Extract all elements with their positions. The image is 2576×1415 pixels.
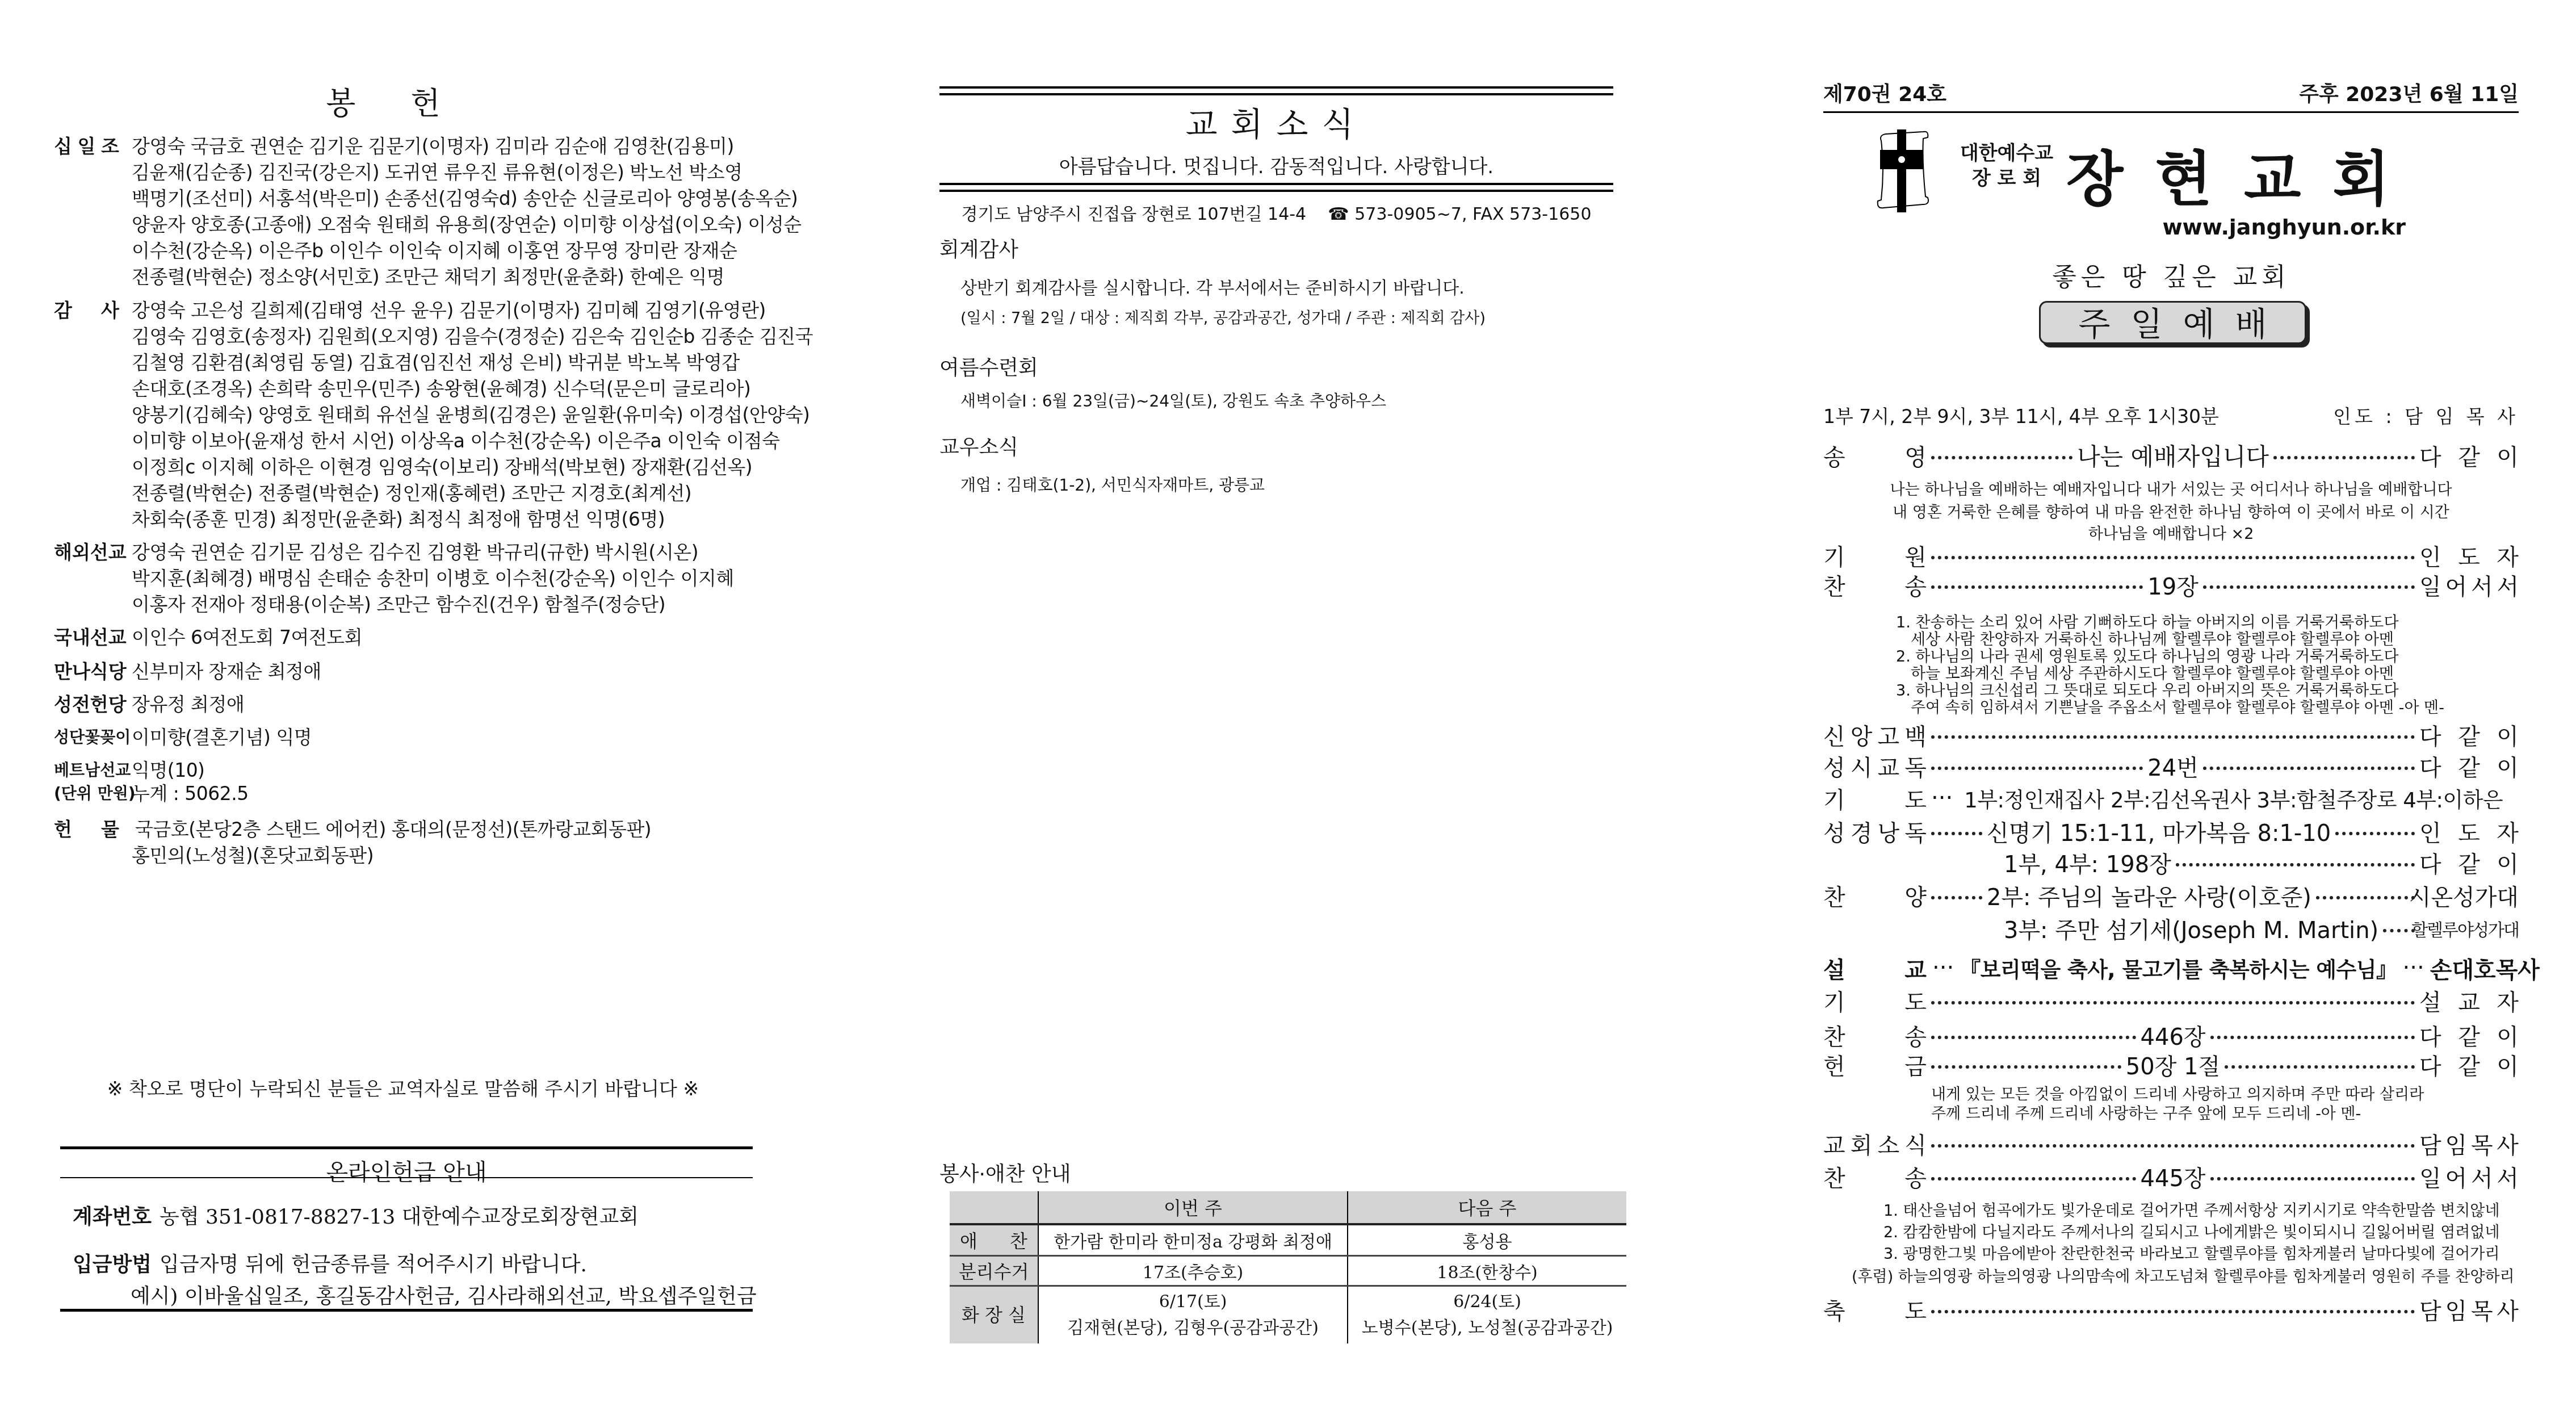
offering-title: 봉 헌 <box>318 79 471 123</box>
worship-item-sermon: 설교 ··· 『보리떡을 축사, 물고기를 축복하시는 예수님』 ··· 손대호… <box>1823 953 2519 983</box>
news-heading-summer-retreat: 여름수련회 <box>939 352 1038 381</box>
label-temple-dedication: 성전헌당 <box>54 692 119 718</box>
offering-lyric: 주께 드리네 주께 드리네 사랑하는 구주 앞에 모두 드리네 -아 멘- <box>1931 1101 2361 1123</box>
double-rule <box>939 183 1613 192</box>
overseas-line: 박지훈(최혜경) 배명심 손태순 송찬미 이병호 이수천(강순옥) 이인수 이지… <box>132 566 734 592</box>
service-times: 1부 7시, 2부 9시, 3부 11시, 4부 오후 1시30분 <box>1823 402 2219 429</box>
dot-leader <box>1931 896 1982 899</box>
thanks-line: 김철영 김환겸(최영림 동열) 김효겸(임진선 재성 은비) 박귀분 박노복 박… <box>132 350 740 376</box>
label-tithe: 십일조 <box>54 133 119 160</box>
dot-leader <box>1931 832 1982 835</box>
dot-leader <box>1931 456 2072 459</box>
issue-number: 제70권 24호 <box>1823 78 1946 107</box>
hymn-lyric: 1. 태산을넘어 험곡에가도 빛가운데로 걸어가면 주께서항상 지키시기로 약속… <box>1883 1198 2500 1220</box>
account-label: 계좌번호 <box>73 1205 152 1229</box>
column-next-week: 다음 주 <box>1348 1191 1626 1224</box>
thanks-line: 차회숙(종훈 민경) 최정만(윤춘화) 최정식 최정애 함명선 익명(6명) <box>132 506 665 533</box>
overseas-line: 이홍자 전재아 정태용(이순복) 조만근 함수진(건우) 함철주(정승단) <box>132 592 665 618</box>
account-number[interactable]: 농협 351-0817-8827-13 대한예수교장로회장현교회 <box>160 1205 639 1229</box>
hymn-lyric: (후렴) 하늘의영광 하늘의영광 나의맘속에 차고도넘쳐 할렐루야를 힘차게불러… <box>1852 1264 2515 1286</box>
dot-leader <box>2203 585 2415 589</box>
double-rule <box>939 86 1613 95</box>
example-text: 예시) 이바울십일조, 홍길동감사헌금, 김사라해외선교, 박요셉주일헌금 <box>131 1280 757 1309</box>
divider <box>60 1177 753 1178</box>
service-title-box: 주일예배 <box>2039 301 2306 344</box>
news-subtitle: 아름답습니다. 멋집니다. 감동적입니다. 사랑합니다. <box>939 151 1613 179</box>
dot-leader <box>1931 1065 2121 1069</box>
dot-leader <box>2273 456 2415 459</box>
cell-this-week: 6/17(토) 김재현(본당), 김형우(공감과공간) <box>1038 1286 1348 1344</box>
worship-item-doxology: 송영 나는 예배자입니다 다같이 <box>1823 441 2519 470</box>
dot-leader <box>2225 1065 2415 1069</box>
thanks-line: 이정희c 이지혜 이하은 이현경 임영숙(이보리) 장배석(박보현) 장재환(김… <box>132 454 752 480</box>
dot-leader <box>1931 1177 2136 1180</box>
hymn-lyric: 2. 캄캄한밤에 다닐지라도 주께서나의 길되시고 나에게밝은 빛이되시니 길잃… <box>1883 1220 2500 1242</box>
dot-leader <box>1931 585 2143 589</box>
service-duty-table: 이번 주 다음 주 애찬 한가람 한미라 한미정a 강평화 최정애 홍성용 분리… <box>950 1191 1626 1343</box>
worship-item-responsive-reading: 성시교독 24번 다같이 <box>1823 751 2519 781</box>
dot-leader <box>1931 767 2143 770</box>
dot-leader <box>2176 863 2415 866</box>
worship-item-announcements: 교회소식 담임목사 <box>1823 1129 2519 1158</box>
church-name: 장현교회 <box>2066 132 2430 217</box>
table-corner <box>950 1191 1038 1224</box>
column-this-week: 이번 주 <box>1038 1191 1348 1224</box>
worship-item-hymn: 찬송 19장 일어서서 <box>1823 570 2519 600</box>
tithe-line: 전종렬(박현순) 정소양(서민호) 조만근 채덕기 최정만(윤춘화) 한예은 익… <box>132 264 724 290</box>
label-thanksgiving: 감사 <box>54 298 119 324</box>
vietnam-line: 익명(10) <box>132 757 205 784</box>
dot-leader <box>2335 832 2415 835</box>
vietnam-total: 누계 : 5062.5 <box>132 781 249 807</box>
divider <box>60 1309 753 1312</box>
news-heading-audit: 회계감사 <box>939 234 1018 263</box>
thanks-line: 손대호(조경옥) 손희락 송민우(민주) 송왕현(윤혜경) 신수덕(문은미 글로… <box>132 376 750 402</box>
thanks-line: 이미향 이보아(윤재성 한서 시언) 이상옥a 이수천(강순옥) 이은주a 이인… <box>132 428 780 454</box>
thanks-line: 양봉기(김혜숙) 양영호 원태희 유선실 윤병희(김경은) 윤일환(유미숙) 이… <box>132 402 809 428</box>
tithe-line: 김윤재(김순종) 김진국(강은지) 도귀연 류우진 류유현(이정은) 박노선 박… <box>132 160 742 186</box>
lyric-line: 내 영혼 거룩한 은혜를 향하여 내 마음 완전한 하나님 향하여 이 곳에서 … <box>1823 500 2519 522</box>
worship-item-hymn-445: 찬송 445장 일어서서 <box>1823 1162 2519 1191</box>
cell-next-week: 홍성용 <box>1348 1224 1626 1256</box>
row-label-restroom: 화 장 실 <box>950 1286 1038 1344</box>
worship-item-prayer: 기도 ··· 1부:정인재집사 2부:김선옥권사 3부:함철주장로 4부:이하은 <box>1823 784 2519 813</box>
label-domestic-mission: 국내선교 <box>54 625 119 651</box>
news-title: 교회소식 <box>939 98 1613 145</box>
worship-item-creed: 신앙고백 다같이 <box>1823 720 2519 750</box>
service-duty-title: 봉사·애찬 안내 <box>939 1158 1071 1187</box>
dot-leader <box>2210 1177 2415 1180</box>
dot-leader <box>1931 1036 2136 1039</box>
thanks-line: 김영숙 김영호(송정자) 김원희(오지영) 김을수(경정순) 김은숙 김인순b … <box>132 324 813 350</box>
church-address-line: 경기도 남양주시 진접읍 장현로 107번길 14-4 ☎ 573-0905~7… <box>939 200 1613 225</box>
news-body: 개업 : 김태호(1-2), 서민식자재마트, 광릉교 <box>960 473 1265 496</box>
church-website-link[interactable]: www.janghyun.or.kr <box>2163 215 2406 240</box>
dot-leader <box>2210 1036 2415 1039</box>
gifts-line: 국금호(본당2층 스탠드 에어컨) 홍대의(문정선)(톤까랑교회동판) <box>135 817 651 843</box>
hymn-lyric: 3. 광명한그빛 마음에받아 찬란한천국 바라보고 할렐루야를 힘차게불러 날마… <box>1883 1241 2500 1263</box>
label-gifts: 헌물 <box>54 817 119 843</box>
label-manna-cafeteria: 만나식당 <box>54 659 119 685</box>
dot-leader <box>1931 1001 2415 1004</box>
thanks-line: 강영숙 고은성 길희제(김태영 선우 윤우) 김문기(이명자) 김미혜 김영기(… <box>132 298 766 324</box>
overseas-line: 강영숙 권연순 김기문 김성은 김수진 김영환 박규리(규한) 박시원(시온) <box>132 539 698 566</box>
worship-item-benediction: 축도 담임목사 <box>1823 1295 2519 1324</box>
address: 경기도 남양주시 진접읍 장현로 107번길 14-4 <box>961 204 1306 224</box>
cell-next-week: 18조(한창수) <box>1348 1256 1626 1286</box>
online-giving-box: 온라인헌금 안내 계좌번호농협 351-0817-8827-13 대한예수교장로… <box>60 1146 753 1311</box>
dot-leader <box>1931 1144 2415 1148</box>
manna-line: 신부미자 장재순 최정애 <box>132 659 321 685</box>
worship-item-scripture: 성경낭독 신명기 15:1-11, 마가복음 8:1-10 인도자 <box>1823 817 2519 846</box>
news-body: (일시 : 7월 2일 / 대상 : 제직회 각부, 공감과공간, 성가대 / … <box>960 305 1486 328</box>
domestic-line: 이인수 6여전도회 7여전도회 <box>132 625 362 651</box>
label-altar-flowers: 성단꽃꽂이 <box>54 725 119 751</box>
worship-item-prayer-after-sermon: 기도 설교자 <box>1823 986 2519 1015</box>
account-row: 계좌번호농협 351-0817-8827-13 대한예수교장로회장현교회 <box>73 1201 639 1230</box>
lyric-line: 나는 하나님을 예배하는 예배자입니다 내가 서있는 곳 어디서나 하나님을 예… <box>1823 477 2519 499</box>
row-label-recycling: 분리수거 <box>950 1256 1038 1286</box>
label-unit: (단위 만원) <box>54 781 119 807</box>
phone-fax: 573-0905~7, FAX 573-1650 <box>1354 204 1591 224</box>
online-giving-title: 온라인헌금 안내 <box>60 1154 753 1187</box>
church-motto: 좋은 땅 깊은 교회 <box>2044 257 2299 293</box>
method-label: 입금방법 <box>73 1253 152 1276</box>
row-label-fellowship-meal: 애찬 <box>950 1224 1038 1256</box>
dot-leader <box>1931 735 2415 739</box>
table-row: 화 장 실 6/17(토) 김재현(본당), 김형우(공감과공간) 6/24(토… <box>950 1286 1626 1344</box>
flowers-line: 이미향(결혼기념) 익명 <box>132 725 312 751</box>
tithe-line: 양윤자 양호종(고종애) 오점숙 원태희 유용희(장연순) 이미향 이상섭(이오… <box>132 212 802 238</box>
tithe-line: 강영숙 국금호 권연순 김기운 김문기(이명자) 김미라 김순애 김영찬(김용미… <box>132 133 734 160</box>
bulletin-date: 주후 2023년 6월 11일 <box>2299 78 2519 107</box>
method-text: 입금자명 뒤에 헌금종류를 적어주시기 바랍니다. <box>160 1253 587 1276</box>
dot-leader <box>2383 929 2415 932</box>
worship-item-anthem: 찬양 2부: 주님의 놀라운 사랑(이호준) 시온성가대 <box>1823 881 2519 910</box>
cell-this-week: 17조(추승호) <box>1038 1256 1348 1286</box>
temple-line: 장유정 최정애 <box>132 692 244 718</box>
label-vietnam-mission: 베트남선교 <box>54 757 119 784</box>
tithe-line: 이수천(강순옥) 이은주b 이인수 이인숙 이지혜 이홍연 장무영 장미란 장재… <box>132 238 737 264</box>
hymn-lyric: 주여 속히 임하셔서 기쁜날을 주옵소서 할렐루야 할렐루야 할렐루야 아멘 -… <box>1911 695 2444 717</box>
gifts-line: 홍민의(노성철)(혼닷교회동판) <box>132 843 374 869</box>
dot-leader <box>1931 556 2415 559</box>
phone-icon: ☎ <box>1328 204 1349 224</box>
cross-scroll-logo-icon <box>1873 129 1941 212</box>
news-heading-member-news: 교우소식 <box>939 432 1018 460</box>
worship-item-offering: 헌금 50장 1절 다같이 <box>1823 1050 2519 1079</box>
news-body: 새벽이슬Ⅰ : 6월 23일(금)~24일(토), 강원도 속초 추양하우스 <box>960 389 1386 412</box>
denomination-name: 대한예수교 장 로 회 <box>1953 141 2061 191</box>
divider <box>60 1146 753 1149</box>
dot-leader <box>2203 767 2415 770</box>
worship-item-scripture-hymn: 1부, 4부: 198장 다같이 <box>2004 848 2519 877</box>
news-body: 상반기 회계감사를 실시합니다. 각 부서에서는 준비하시기 바랍니다. <box>960 274 1465 299</box>
table-row: 분리수거 17조(추승호) 18조(한창수) <box>950 1256 1626 1286</box>
tithe-line: 백명기(조선미) 서홍석(박은미) 손종선(김영숙d) 송안순 신글로리아 양영… <box>132 186 798 212</box>
worship-item-hymn-446: 찬송 446장 다같이 <box>1823 1020 2519 1050</box>
worship-item-anthem-3rd: 3부: 주만 섬기세(Joseph M. Martin) 할렐루야성가대 <box>2004 914 2519 943</box>
omission-note: ※ 착오로 명단이 누락되신 분들은 교역자실로 말씀해 주시기 바랍니다 ※ <box>57 1074 749 1101</box>
cell-this-week: 한가람 한미라 한미정a 강평화 최정애 <box>1038 1224 1348 1256</box>
dot-leader <box>1931 1310 2415 1313</box>
worship-item-invocation: 기원 인도자 <box>1823 541 2519 570</box>
header-rule <box>1823 111 2519 113</box>
service-leader: 인도 : 담 임 목 사 <box>2333 402 2519 429</box>
method-row: 입금방법입금자명 뒤에 헌금종류를 적어주시기 바랍니다. <box>73 1249 587 1278</box>
thanks-line: 전종렬(박현순) 전종렬(박현순) 정인재(홍혜련) 조만근 지경호(최계선) <box>132 480 691 506</box>
table-row: 애찬 한가람 한미라 한미정a 강평화 최정애 홍성용 <box>950 1224 1626 1256</box>
cell-next-week: 6/24(토) 노병수(본당), 노성철(공감과공간) <box>1348 1286 1626 1344</box>
dot-leader <box>2316 896 2415 899</box>
label-overseas-mission: 해외선교 <box>54 539 119 566</box>
